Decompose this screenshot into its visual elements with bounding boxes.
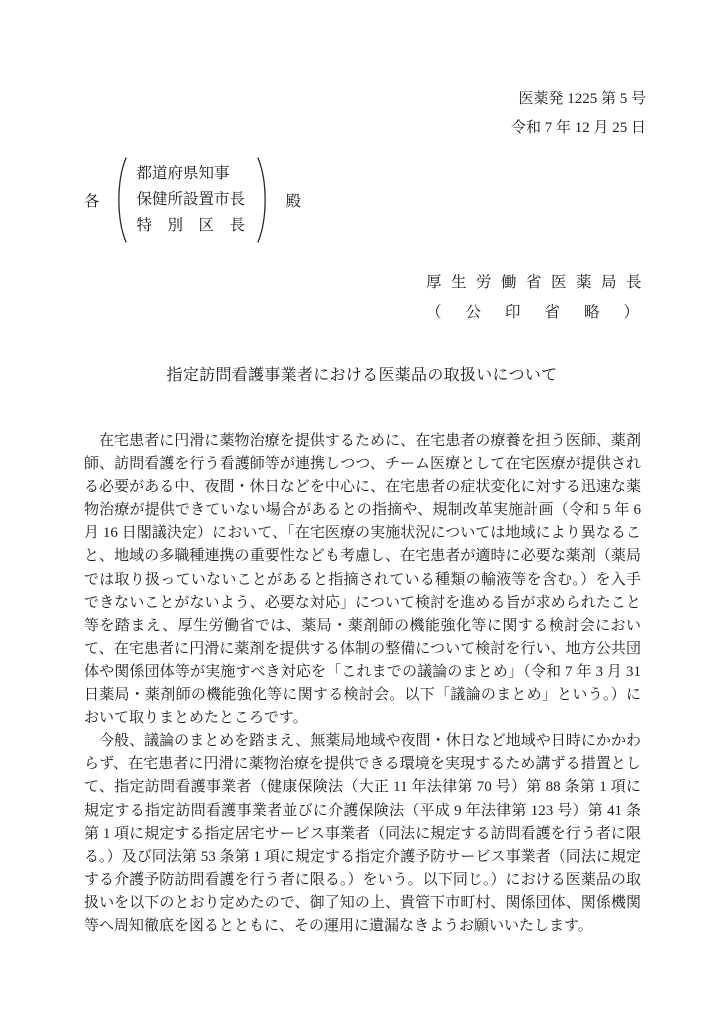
addressee-recipient: 都道府県知事 <box>137 161 247 187</box>
addressee-prefix: 各 <box>84 189 100 211</box>
doc-number: 医薬発 1225 第 5 号 <box>511 85 646 114</box>
bracket-left-icon <box>113 155 128 245</box>
addressee-block: 各 都道府県知事 保健所設置市長 特別区長 殿 <box>84 155 301 245</box>
addressee-recipient: 特別区長 <box>137 213 263 239</box>
sender-seal-note: （公印省略） <box>426 298 663 328</box>
document-body: 在宅患者に円滑に薬物治療を提供するために、在宅患者の療養を担う医師、薬剤師、訪問… <box>84 430 641 938</box>
bracket-right-icon <box>256 155 271 245</box>
sender-block: 厚生労働省医薬局長 （公印省略） <box>426 268 663 328</box>
addressee-recipient: 保健所設置市長 <box>137 187 247 213</box>
sender-title: 厚生労働省医薬局長 <box>426 268 663 298</box>
addressee-list: 都道府県知事 保健所設置市長 特別区長 <box>137 161 247 239</box>
addressee-honorific: 殿 <box>286 189 302 211</box>
body-paragraph: 在宅患者に円滑に薬物治療を提供するために、在宅患者の療養を担う医師、薬剤師、訪問… <box>84 430 641 730</box>
doc-date: 令和 7 年 12 月 25 日 <box>511 114 646 143</box>
document-header: 医薬発 1225 第 5 号 令和 7 年 12 月 25 日 <box>511 85 646 143</box>
document-page: 医薬発 1225 第 5 号 令和 7 年 12 月 25 日 各 都道府県知事… <box>0 0 724 1024</box>
body-paragraph: 今般、議論のまとめを踏まえ、無薬局地域や夜間・休日など地域や日時にかかわらず、在… <box>84 730 641 938</box>
document-title: 指定訪問看護事業者における医薬品の取扱いについて <box>0 362 724 385</box>
